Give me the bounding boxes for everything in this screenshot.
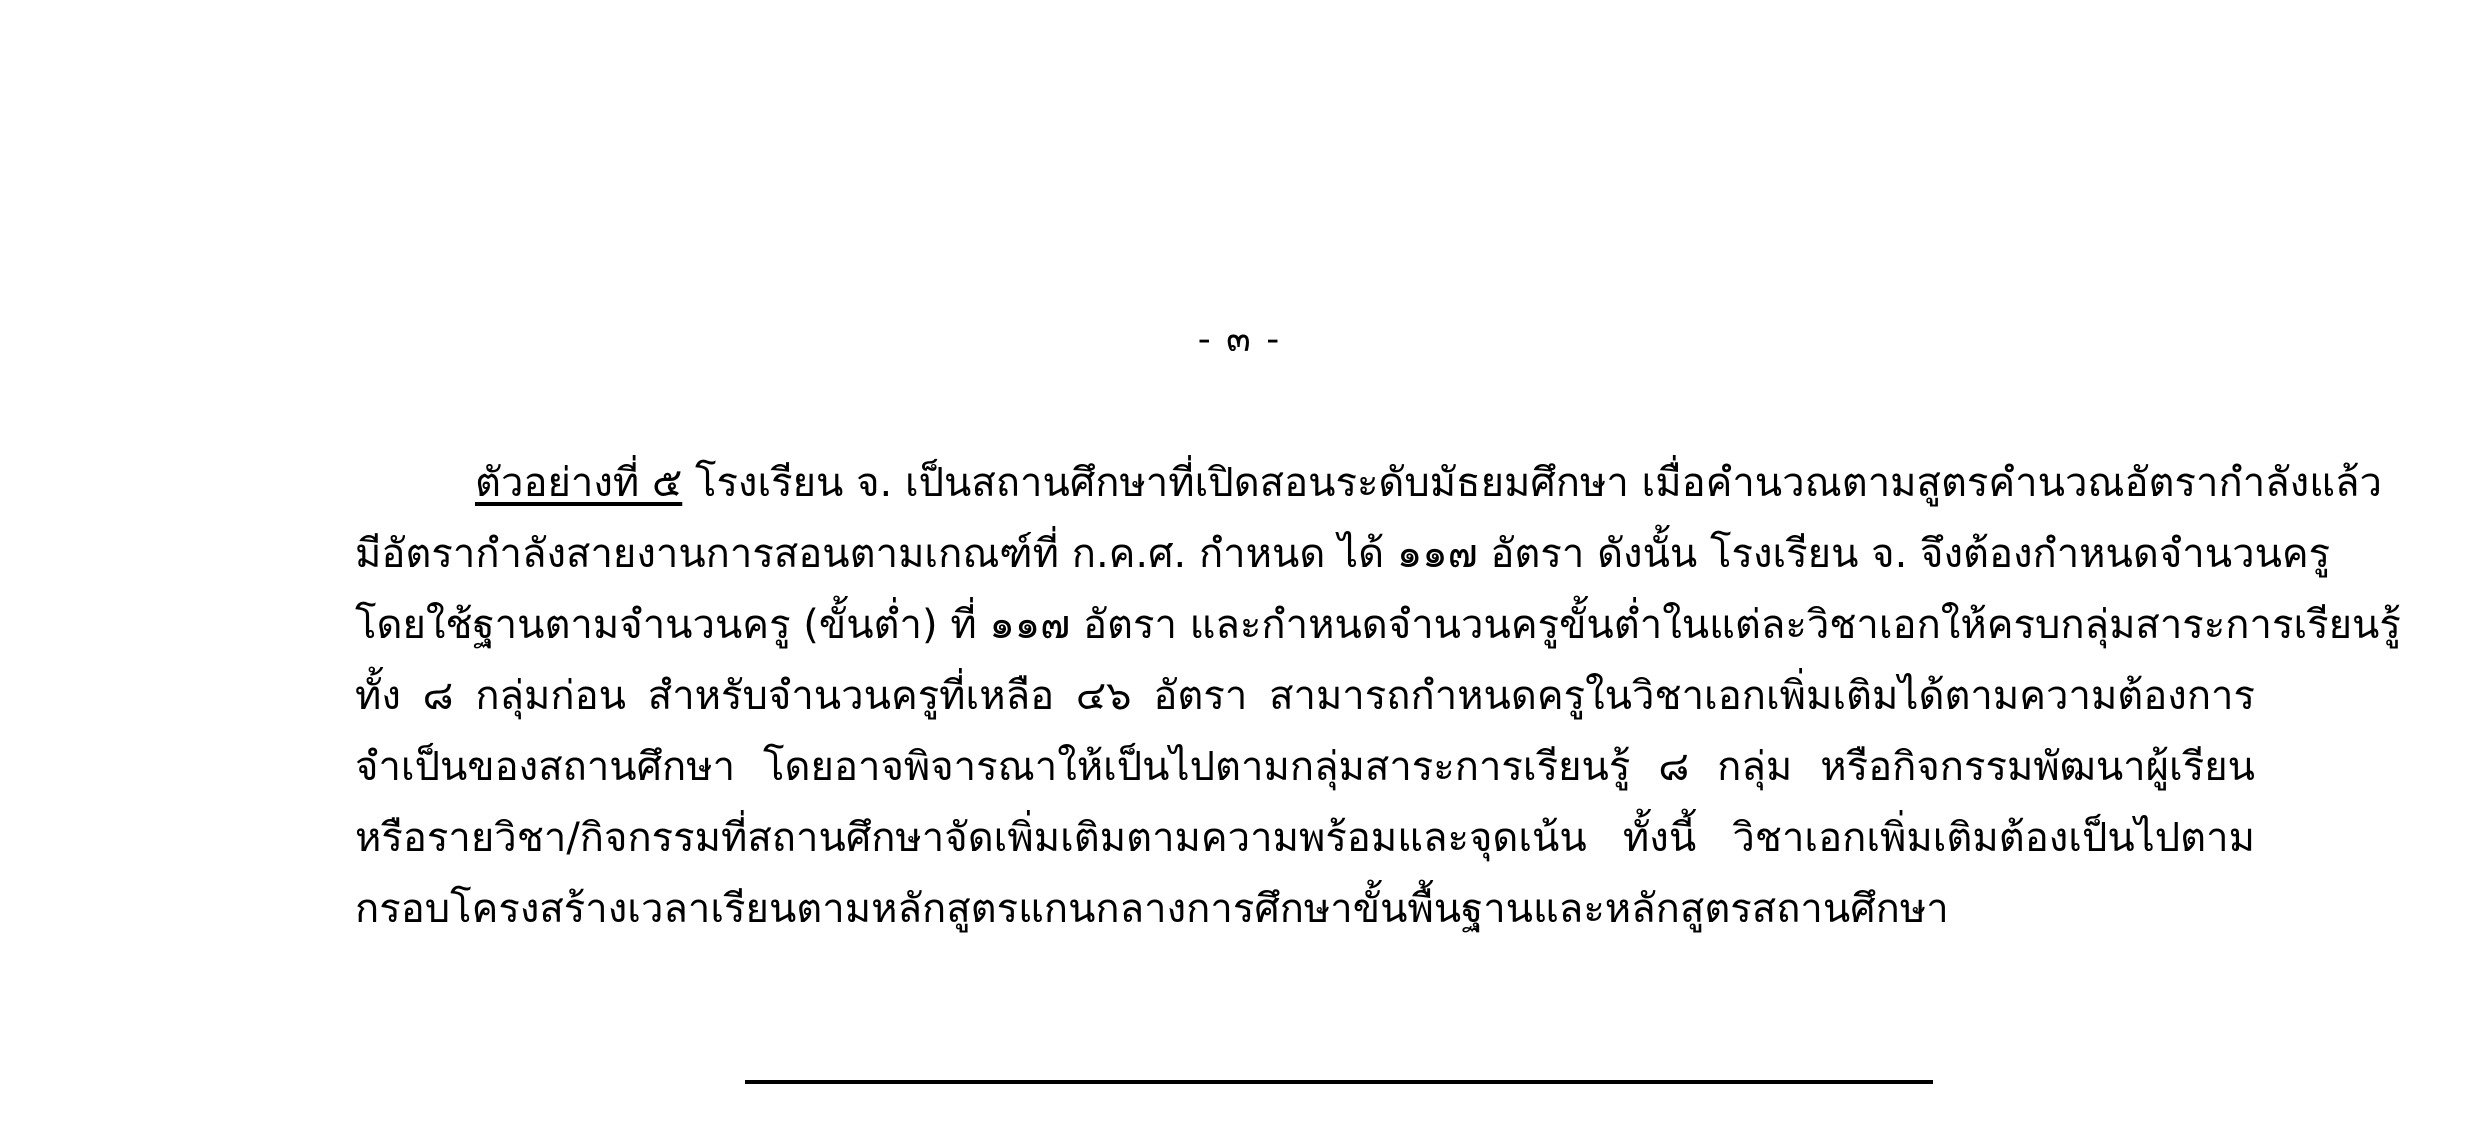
paragraph-line-6: หรือรายวิชา/กิจกรรมที่สถานศึกษาจัดเพิ่มเ… [355,803,2255,874]
paragraph-line-2: มีอัตรากำลังสายงานการสอนตามเกณฑ์ที่ ก.ค.… [355,519,2255,590]
paragraph-line-1: ตัวอย่างที่ ๕ โรงเรียน จ. เป็นสถานศึกษาท… [355,448,2255,519]
horizontal-divider [745,1080,1933,1084]
paragraph-line-1-text: โรงเรียน จ. เป็นสถานศึกษาที่เปิดสอนระดับ… [682,460,2382,506]
paragraph-line-3: โดยใช้ฐานตามจำนวนครู (ขั้นต่ำ) ที่ ๑๑๗ อ… [355,590,2255,661]
example-label: ตัวอย่างที่ ๕ [475,460,682,506]
paragraph-line-5: จำเป็นของสถานศึกษา โดยอาจพิจารณาให้เป็นไ… [355,732,2255,803]
paragraph-line-4: ทั้ง ๘ กลุ่มก่อน สำหรับจำนวนครูที่เหลือ … [355,661,2255,732]
page-number: - ๓ - [0,318,2479,362]
example-paragraph: ตัวอย่างที่ ๕ โรงเรียน จ. เป็นสถานศึกษาท… [355,448,2255,945]
paragraph-line-7: กรอบโครงสร้างเวลาเรียนตามหลักสูตรแกนกลาง… [355,874,2255,945]
